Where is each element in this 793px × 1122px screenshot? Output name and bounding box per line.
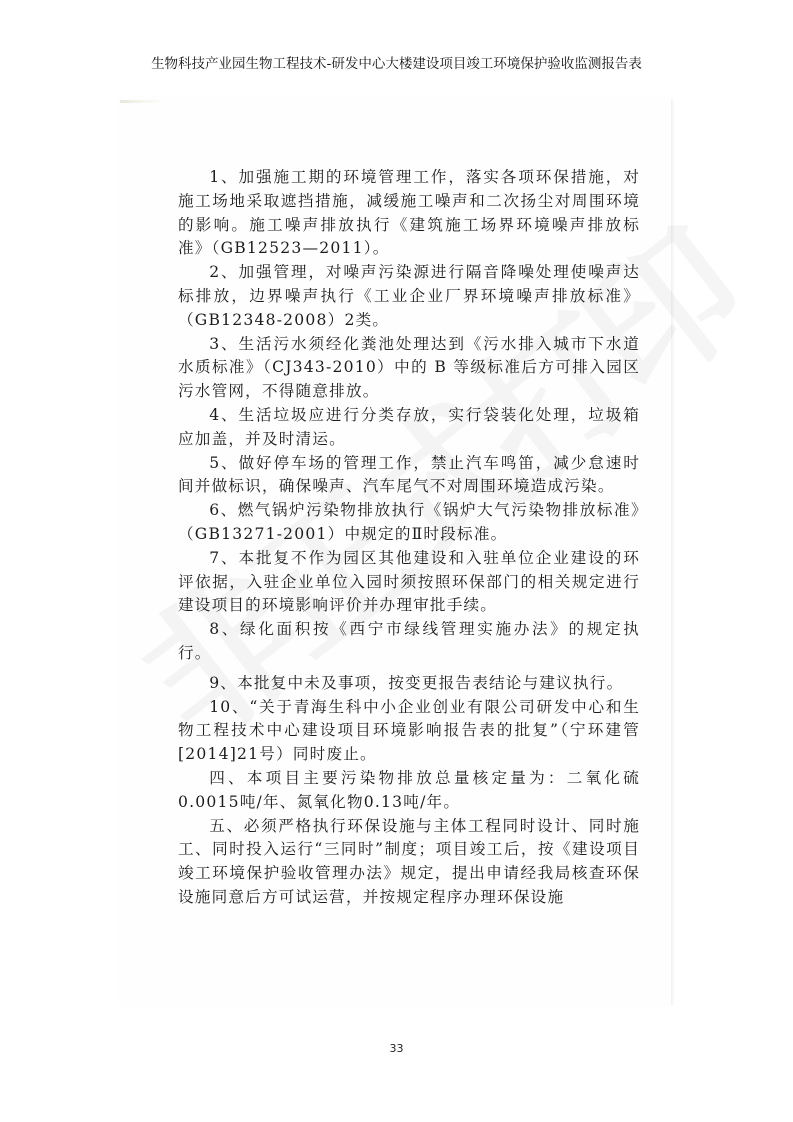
scan-edge-shadow — [671, 100, 674, 1005]
paragraph-item-3: 3、生活污水须经化粪池处理达到《污水排入城市下水道水质标准》（CJ343-201… — [178, 333, 640, 404]
paragraph-item-1: 1、加强施工期的环境管理工作，落实各项环保措施，对施工场地采取遮挡措施，减缓施工… — [178, 166, 640, 261]
paragraph-item-9: 9、本批复中未及事项，按变更报告表结论与建议执行。 — [178, 672, 640, 696]
paragraph-item-4: 4、生活垃圾应进行分类存放，实行袋装化处理，垃圾箱应加盖，并及时清运。 — [178, 404, 640, 452]
paragraph-item-5: 5、做好停车场的管理工作，禁止汽车鸣笛，减少怠速时间并做标识，确保噪声、汽车尾气… — [178, 452, 640, 500]
paragraph-item-8: 8、绿化面积按《西宁市绿线管理实施办法》的规定执行。 — [178, 618, 640, 666]
page-header-title: 生物科技产业园生物工程技术-研发中心大楼建设项目竣工环境保护验收监测报告表 — [0, 52, 793, 72]
paragraph-item-6: 6、燃气锅炉污染物排放执行《锅炉大气污染物排放标准》（GB13271-2001）… — [178, 499, 640, 547]
paragraph-item-7: 7、本批复不作为园区其他建设和入驻单位企业建设的环评依据，入驻企业单位入园时须按… — [178, 547, 640, 618]
paragraph-section-4: 四、本项目主要污染物排放总量核定量为：二氧化硫0.0015吨/年、氮氧化物0.1… — [178, 767, 640, 815]
paragraph-section-5: 五、必须严格执行环保设施与主体工程同时设计、同时施工、同时投入运行“三同时”制度… — [178, 815, 640, 910]
paragraph-item-2: 2、加强管理，对噪声污染源进行隔音降噪处理使噪声达标排放，边界噪声执行《工业企业… — [178, 261, 640, 332]
scan-smudge-mark — [120, 100, 165, 103]
document-body: 1、加强施工期的环境管理工作，落实各项环保措施，对施工场地采取遮挡措施，减缓施工… — [178, 166, 640, 910]
page-number: 33 — [0, 1042, 793, 1055]
paragraph-item-10: 10、“关于青海生科中小企业创业有限公司研发中心和生物工程技术中心建设项目环境影… — [178, 696, 640, 767]
